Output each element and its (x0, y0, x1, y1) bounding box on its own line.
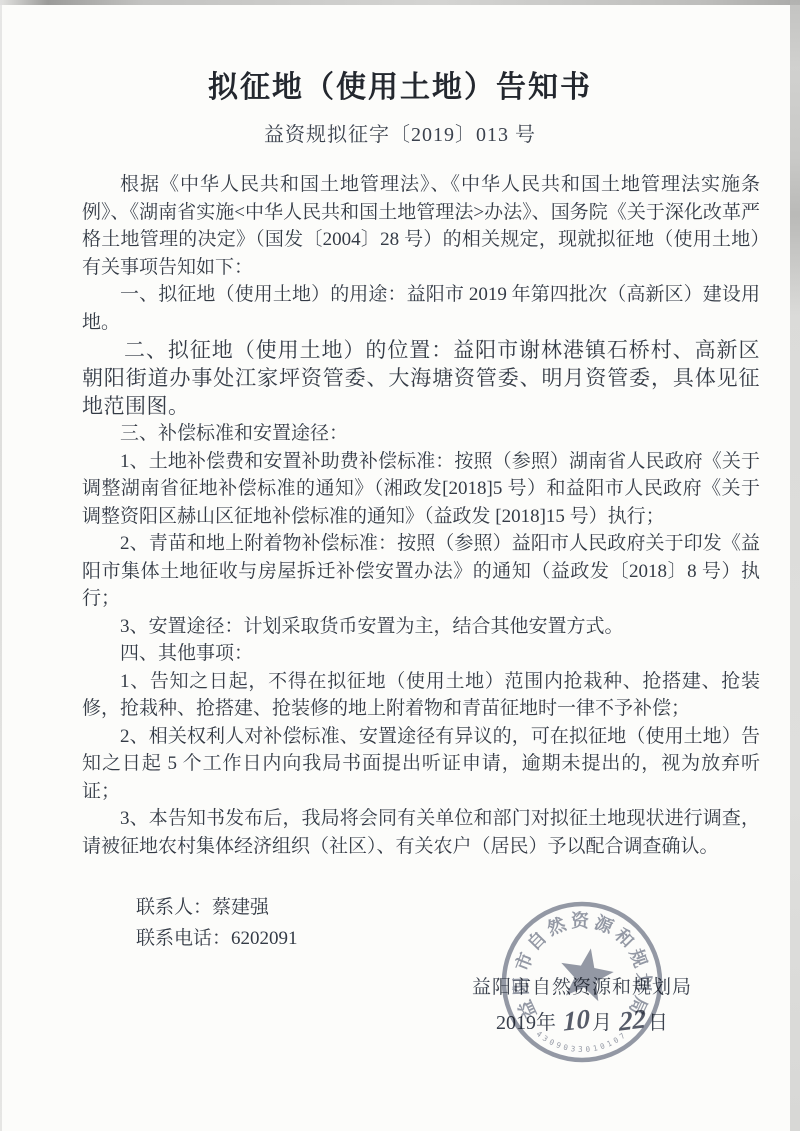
paragraph-section-2: 二、拟征地（使用土地）的位置：益阳市谢林港镇石桥村、高新区朝阳街道办事处江家坪资… (82, 336, 760, 420)
document-body: 根据《中华人民共和国土地管理法》、《中华人民共和国土地管理法实施条例》、《湖南省… (82, 171, 760, 860)
scanned-document-page: 拟征地（使用土地）告知书 益资规拟征字〔2019〕013 号 根据《中华人民共和… (0, 0, 800, 1131)
paragraph-section-3: 三、补偿标准和安置途径： (82, 420, 760, 448)
contact-person: 联系人：蔡建强 (136, 892, 800, 923)
scan-edge-top (0, 0, 800, 5)
paragraph-section-1: 一、拟征地（使用土地）的用途：益阳市 2019 年第四批次（高新区）建设用地。 (82, 281, 760, 336)
paragraph-section-4: 四、其他事项： (82, 640, 760, 668)
official-seal: 益阳市自然资源和规划局 4309033010107 (482, 882, 682, 1082)
paragraph-intro: 根据《中华人民共和国土地管理法》、《中华人民共和国土地管理法实施条例》、《湖南省… (82, 171, 760, 281)
scan-edge-left (0, 0, 2, 1131)
paragraph-4-item-3: 3、本告知书发布后，我局将会同有关单位和部门对拟征土地现状进行调查，请被征地农村… (82, 805, 760, 860)
paragraph-3-item-2: 2、青苗和地上附着物补偿标准：按照（参照）益阳市人民政府关于印发《益阳市集体土地… (82, 530, 760, 613)
star-icon (556, 944, 617, 1003)
document-number: 益资规拟征字〔2019〕013 号 (0, 118, 800, 147)
scan-edge-right (790, 0, 800, 1131)
contact-phone: 联系电话：6202091 (136, 923, 800, 954)
contact-block: 联系人：蔡建强 联系电话：6202091 (136, 892, 800, 954)
paragraph-4-item-1: 1、告知之日起，不得在拟征地（使用土地）范围内抢栽种、抢搭建、抢装修，抢栽种、抢… (82, 668, 760, 723)
paragraph-3-item-3: 3、安置途径：计划采取货币安置为主，结合其他安置方式。 (82, 613, 760, 641)
paragraph-4-item-2: 2、相关权利人对补偿标准、安置途径有异议的，可在拟征地（使用土地）告知之日起 5… (82, 723, 760, 806)
document-title: 拟征地（使用土地）告知书 (0, 0, 800, 106)
paragraph-3-item-1: 1、土地补偿费和安置补助费补偿标准：按照（参照）湖南省人民政府《关于调整湖南省征… (82, 448, 760, 531)
